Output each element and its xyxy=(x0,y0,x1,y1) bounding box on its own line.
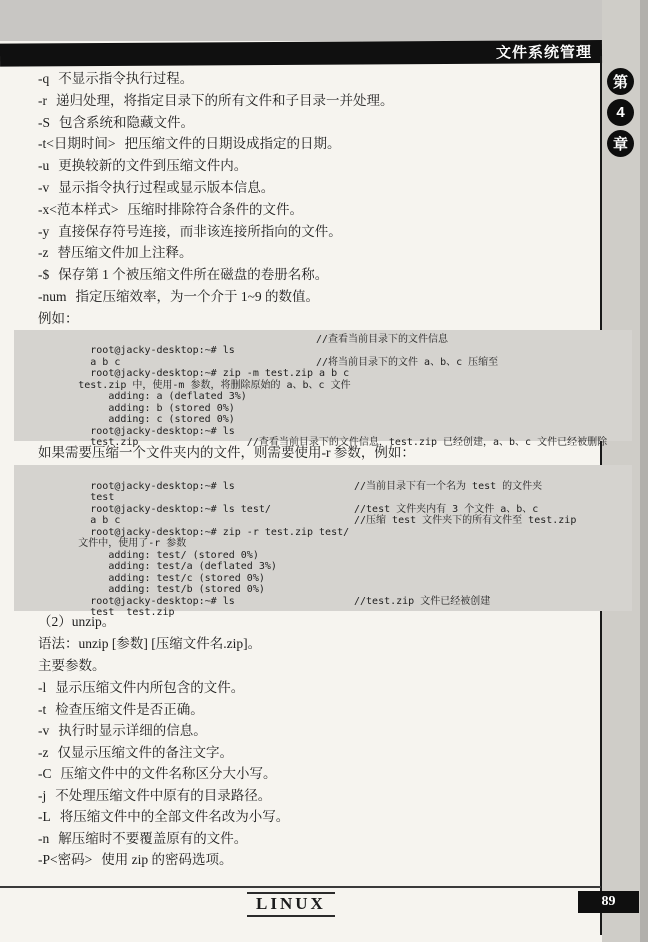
terminal-line: test.zip //查看当前目录下的文件信息，test.zip 已经创建，a、… xyxy=(18,426,632,438)
terminal-line: 文件中，使用了-r 参数 xyxy=(18,527,632,539)
chapter-char: 4 xyxy=(616,104,624,121)
terminal-line: root@jacky-desktop:~# zip -m test.zip a … xyxy=(18,357,632,369)
param-description: 检查压缩文件是否正确。 xyxy=(55,702,204,717)
param-flag: -y xyxy=(38,224,49,239)
terminal-command-text: test.zip //查看当前目录下的文件信息，test.zip 已经创建，a、… xyxy=(78,437,607,448)
terminal-listing-zip-r: root@jacky-desktop:~# ls test//当前目录下有一个名… xyxy=(14,465,632,611)
chapter-char: 第 xyxy=(613,71,628,92)
param-flag: -r xyxy=(38,93,47,108)
param-description: 执行时显示详细的信息。 xyxy=(58,723,207,738)
param-description: 把压缩文件的日期设成指定的日期。 xyxy=(124,136,340,151)
param-flag: -n xyxy=(38,831,49,846)
terminal-comment: //将当前目录下的文件 a、b、c 压缩至 xyxy=(316,357,498,369)
section-title: 文件系统管理 xyxy=(496,41,592,63)
scan-right-edge xyxy=(640,0,648,942)
param-description: 将压缩文件中的全部文件名改为小写。 xyxy=(60,809,290,824)
page-number-badge: 89 xyxy=(578,891,639,913)
param-description: 更换较新的文件到压缩文件内。 xyxy=(58,158,247,173)
example-label: 例如： xyxy=(38,308,594,330)
unzip-param-item: -P<密码>使用 zip 的密码选项。 xyxy=(38,849,594,871)
zip-param-item: -y直接保存符号连接，而非该连接所指向的文件。 xyxy=(38,221,594,243)
unzip-param-item: -l显示压缩文件内所包含的文件。 xyxy=(38,677,594,699)
param-flag: -l xyxy=(38,680,46,695)
param-description: 递归处理，将指定目录下的所有文件和子目录一并处理。 xyxy=(56,93,394,108)
param-flag: -u xyxy=(38,158,49,173)
unzip-param-item: -j不处理压缩文件中原有的目录路径。 xyxy=(38,785,594,807)
param-description: 显示指令执行过程或显示版本信息。 xyxy=(58,180,274,195)
unzip-param-item: -v执行时显示详细的信息。 xyxy=(38,720,594,742)
zip-param-item: -$保存第 1 个被压缩文件所在磁盘的卷册名称。 xyxy=(38,264,594,286)
terminal-listing-zip-m: root@jacky-desktop:~# ls//查看当前目录下的文件信息 a… xyxy=(14,330,632,442)
scanned-book-page: 文件系统管理 第4章 -q不显示指令执行过程。 -r递归处理，将指定目录下的所有… xyxy=(0,0,648,942)
param-flag: -C xyxy=(38,766,52,781)
param-flag: -v xyxy=(38,180,49,195)
chapter-char-badge: 章 xyxy=(607,130,634,157)
zip-param-item: -num指定压缩效率，为一个介于 1~9 的数值。 xyxy=(38,286,594,308)
terminal-comment: //当前目录下有一个名为 test 的文件夹 xyxy=(354,481,542,493)
param-description: 解压缩时不要覆盖原有的文件。 xyxy=(58,831,247,846)
terminal-line: root@jacky-desktop:~# ls//查看当前目录下的文件信息 xyxy=(18,334,632,346)
terminal-line: adding: test/ (stored 0%) xyxy=(18,538,632,550)
terminal-line: root@jacky-desktop:~# ls xyxy=(18,414,632,426)
unzip-param-item: -L将压缩文件中的全部文件名改为小写。 xyxy=(38,806,594,828)
terminal-comment: //压缩 test 文件夹下的所有文件至 test.zip xyxy=(354,515,576,527)
terminal-line: adding: test/c (stored 0%) xyxy=(18,561,632,573)
terminal-line: adding: a (deflated 3%) xyxy=(18,380,632,392)
zip-param-item: -u更换较新的文件到压缩文件内。 xyxy=(38,155,594,177)
param-description: 不显示指令执行过程。 xyxy=(58,71,193,86)
zip-param-item: -r递归处理，将指定目录下的所有文件和子目录一并处理。 xyxy=(38,90,594,112)
unzip-param-item: -t检查压缩文件是否正确。 xyxy=(38,699,594,721)
linux-logo: LINUX xyxy=(247,892,335,917)
param-flag: -num xyxy=(38,289,67,304)
terminal-line: adding: c (stored 0%) xyxy=(18,403,632,415)
zip-param-list: -q不显示指令执行过程。 -r递归处理，将指定目录下的所有文件和子目录一并处理。… xyxy=(38,68,594,308)
param-flag: -z xyxy=(38,745,49,760)
param-flag: -j xyxy=(38,788,46,803)
terminal-line: a b c//test 文件夹内有 3 个文件 a、b、c xyxy=(18,504,632,516)
param-description: 包含系统和隐藏文件。 xyxy=(59,115,194,130)
zip-param-item: -q不显示指令执行过程。 xyxy=(38,68,594,90)
terminal-line: adding: test/a (deflated 3%) xyxy=(18,550,632,562)
param-flag: -L xyxy=(38,809,51,824)
param-description: 直接保存符号连接，而非该连接所指向的文件。 xyxy=(58,224,342,239)
param-description: 显示压缩文件内所包含的文件。 xyxy=(55,680,244,695)
zip-param-item: -t<日期时间>把压缩文件的日期设成指定的日期。 xyxy=(38,133,594,155)
param-flag: -q xyxy=(38,71,49,86)
param-flag: -t<日期时间> xyxy=(38,136,115,151)
terminal-line: root@jacky-desktop:~# ls xyxy=(18,469,632,481)
param-description: 保存第 1 个被压缩文件所在磁盘的卷册名称。 xyxy=(58,267,328,282)
terminal-line: root@jacky-desktop:~# ls xyxy=(18,584,632,596)
param-description: 压缩文件中的文件名称区分大小写。 xyxy=(61,766,277,781)
param-description: 替压缩文件加上注释。 xyxy=(58,245,193,260)
param-flag: -x<范本样式> xyxy=(38,202,118,217)
terminal-line: root@jacky-desktop:~# zip -r test.zip te… xyxy=(18,515,632,527)
unzip-param-item: -n解压缩时不要覆盖原有的文件。 xyxy=(38,828,594,850)
param-flag: -$ xyxy=(38,267,49,282)
param-description: 仅显示压缩文件的备注文字。 xyxy=(58,745,234,760)
terminal-comment: //查看当前目录下的文件信息 xyxy=(316,334,448,346)
terminal-line: test//当前目录下有一个名为 test 的文件夹 xyxy=(18,481,632,493)
terminal-comment: //test.zip 文件已经被创建 xyxy=(354,596,490,608)
zip-param-item: -z替压缩文件加上注释。 xyxy=(38,242,594,264)
param-flag: -S xyxy=(38,115,50,130)
terminal-command-text: test test.zip xyxy=(78,607,174,618)
scan-top-margin xyxy=(0,0,648,41)
param-description: 不处理压缩文件中原有的目录路径。 xyxy=(55,788,271,803)
param-description: 使用 zip 的密码选项。 xyxy=(101,852,232,867)
param-description: 压缩时排除符合条件的文件。 xyxy=(127,202,303,217)
unzip-param-list: -l显示压缩文件内所包含的文件。 -t检查压缩文件是否正确。 -v执行时显示详细… xyxy=(38,677,594,871)
unzip-param-item: -C压缩文件中的文件名称区分大小写。 xyxy=(38,763,594,785)
chapter-char-badge: 4 xyxy=(607,99,634,126)
param-flag: -v xyxy=(38,723,49,738)
page-body: -q不显示指令执行过程。 -r递归处理，将指定目录下的所有文件和子目录一并处理。… xyxy=(38,68,594,871)
terminal-line: test test.zip//test.zip 文件已经被创建 xyxy=(18,596,632,608)
terminal-line: test.zip 中，使用-m 参数，将删除原始的 a、b、c 文件 xyxy=(18,368,632,380)
terminal-line: root@jacky-desktop:~# ls test/ xyxy=(18,492,632,504)
chapter-header-bar: 文件系统管理 xyxy=(0,40,602,67)
chapter-tab: 第4章 xyxy=(607,68,634,157)
terminal-comment: //test 文件夹内有 3 个文件 a、b、c xyxy=(354,504,538,516)
chapter-char: 章 xyxy=(613,133,628,154)
terminal-line: adding: b (stored 0%) xyxy=(18,391,632,403)
param-flag: -z xyxy=(38,245,49,260)
zip-param-item: -x<范本样式>压缩时排除符合条件的文件。 xyxy=(38,199,594,221)
terminal-line: a b c xyxy=(18,345,632,357)
chapter-char-badge: 第 xyxy=(607,68,634,95)
zip-param-item: -S包含系统和隐藏文件。 xyxy=(38,112,594,134)
unzip-param-item: -z仅显示压缩文件的备注文字。 xyxy=(38,742,594,764)
param-description: 指定压缩效率，为一个介于 1~9 的数值。 xyxy=(76,289,320,304)
param-flag: -P<密码> xyxy=(38,852,92,867)
param-flag: -t xyxy=(38,702,46,717)
footer-rule xyxy=(0,886,601,888)
unzip-syntax: 语法：unzip [参数] [压缩文件名.zip]。 xyxy=(38,633,594,655)
terminal-line: adding: test/b (stored 0%) xyxy=(18,573,632,585)
zip-param-item: -v显示指令执行过程或显示版本信息。 xyxy=(38,177,594,199)
unzip-params-label: 主要参数。 xyxy=(38,655,594,677)
